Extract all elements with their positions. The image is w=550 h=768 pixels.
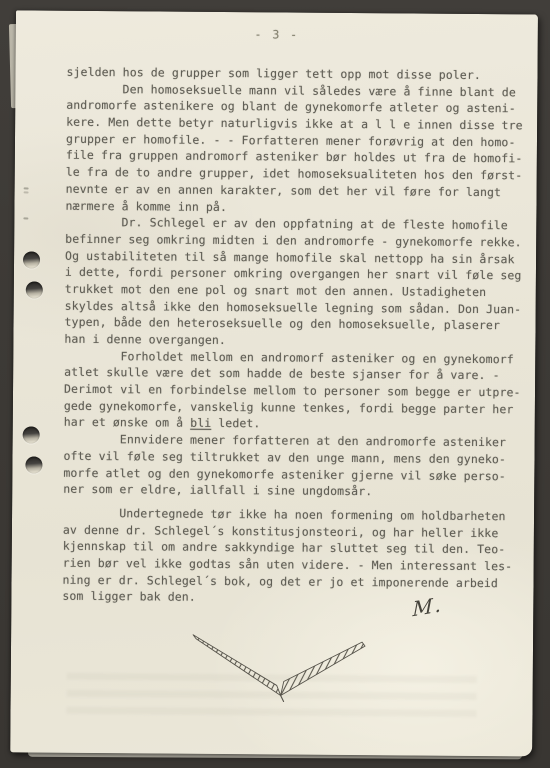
margin-pencil-mark [24,187,29,189]
punch-hole [25,456,42,473]
typed-line: ner som er eldre, iallfall i sine ungdom… [63,481,525,501]
typed-text-block: sjelden hos de grupper som ligger tett o… [62,64,528,609]
punch-hole [23,426,40,443]
handwritten-initial: M. [412,592,443,621]
margin-pencil-mark [23,217,28,219]
reverse-side-bleed-through [66,673,476,722]
document-page: - 3 - sjelden hos de grupper som ligger … [10,10,538,756]
page-number: - 3 - [16,25,538,43]
typed-line: som ligger bak den. [62,588,524,608]
punch-hole [23,251,40,268]
punch-hole [26,281,43,298]
scanned-document-screenshot: { "colors": { "scanner_background": "#3d… [0,0,550,768]
